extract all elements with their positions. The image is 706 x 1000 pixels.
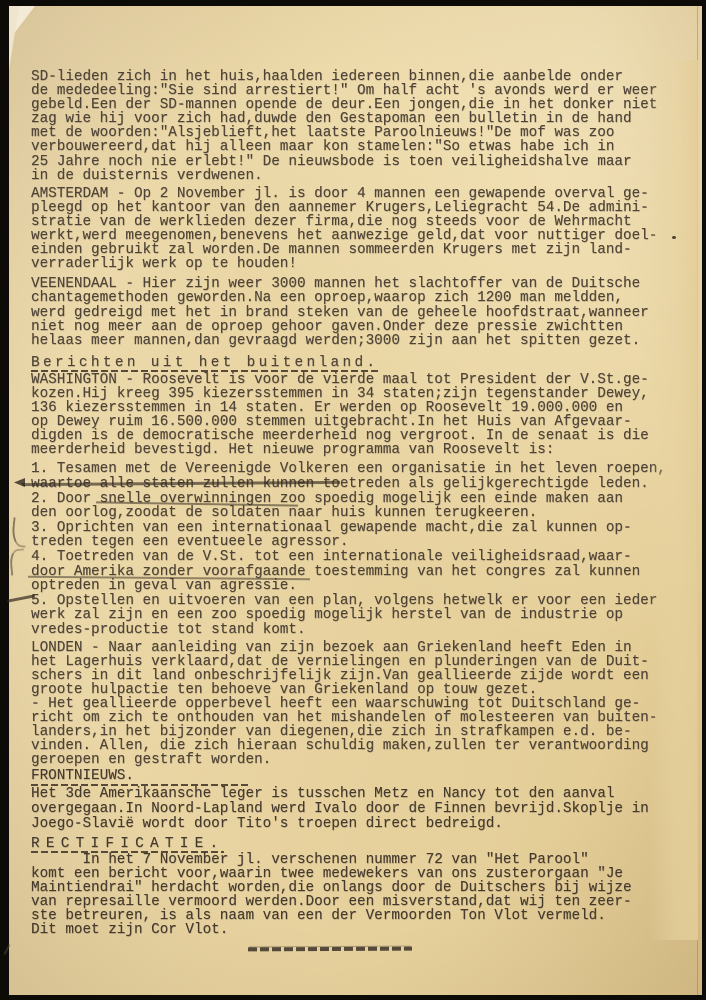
text-line: 1. Tesamen met de Vereenigde Volkeren ee… (31, 462, 691, 477)
amsterdam: AMSTERDAM - Op 2 November jl. is door 4 … (31, 187, 691, 272)
text-line: AMSTERDAM - Op 2 November jl. is door 4 … (31, 187, 691, 201)
text-line: werkt,werd meegenomen,benevens het aanwe… (31, 229, 691, 243)
text-line: door Amerika zonder voorafgaande toestem… (31, 565, 691, 580)
rectificatie-heading-text: RECTIFICATIE. (31, 837, 224, 852)
typed-divider (248, 947, 412, 952)
text-line: Dit moet zijn Cor Vlot. (31, 923, 691, 937)
veenendaal: VEENENDAAL - Hier zijn weer 3000 mannen … (31, 277, 691, 347)
program: 1. Tesamen met de Vereenigde Volkeren ee… (31, 462, 691, 637)
text-line: In het 7 November jl. verschenen nummer … (31, 853, 691, 867)
text-line: werk zal zijn en een zoo spoedig mogelij… (31, 608, 691, 623)
text-line: geroepen en gestraft worden. (31, 753, 691, 767)
rectificatie: In het 7 November jl. verschenen nummer … (31, 853, 691, 938)
text-line: stratie van de werklieden dezer firma,di… (31, 215, 691, 229)
rectificatie-heading: RECTIFICATIE. (31, 837, 691, 851)
text-line: richt om zich te onthouden van het misha… (31, 711, 691, 725)
text-line: van represaille vermoord werden.Door een… (31, 895, 691, 909)
text-line: het Lagerhuis verklaard,dat de vernielin… (31, 655, 691, 669)
londen: LONDEN - Naar aanleiding van zijn bezoek… (31, 641, 691, 697)
text-line: verraderlijk werk op te houden! (31, 257, 691, 271)
text-line: verbouwereerd,dat hij alleen maar kon st… (31, 140, 691, 154)
text-line: waartoe alle staten zullen kunnen toetre… (31, 477, 691, 492)
buitenland-heading: Berichten uit het buitenland. (31, 356, 691, 370)
text-line: vredes-productie tot stand komt. (31, 623, 691, 638)
text-line: pleegd op het kantoor van den aannemer K… (31, 201, 691, 215)
text-line: treden tegen een eventueele agressor. (31, 535, 691, 550)
text-line: LONDEN - Naar aanleiding van zijn bezoek… (31, 641, 691, 655)
buitenland-heading-text: Berichten uit het buitenland. (31, 356, 378, 371)
document-text: SD-lieden zich in het huis,haalden ieder… (31, 70, 691, 951)
washington: WASHINGTON - Roosevelt is voor de vierde… (31, 373, 691, 458)
paper-edge-crease (697, 6, 698, 995)
text-line: - Het geallieerde opperbevel heeft een w… (31, 697, 691, 711)
text-line: den oorlog,zoodat de soldaten naar huis … (31, 506, 691, 521)
text-line: meerderheid bevestigd. Het nieuwe progra… (31, 443, 691, 457)
text-line: 25 Jahre noch nie erlebt!" De nieuwsbode… (31, 155, 691, 169)
allied: - Het geallieerde opperbevel heeft een w… (31, 697, 691, 767)
intro: SD-lieden zich in het huis,haalden ieder… (31, 70, 691, 183)
text-line: ste betreuren, is als naam van een der V… (31, 909, 691, 923)
frontnieuws-heading-text: FRONTNIEUWS. (31, 769, 249, 784)
text-line: Het 3de Amerikaansche leger is tusschen … (31, 787, 691, 802)
text-line: SD-lieden zich in het huis,haalden ieder… (31, 70, 691, 84)
text-line: overgegaan.In Noord-Lapland werd Ivalo d… (31, 802, 691, 817)
text-line: optreden in geval van agressie. (31, 579, 691, 594)
text-line: niet nog meer aan de oproep gehoor gaven… (31, 320, 691, 334)
text-line: Maintiendrai" herdacht worden,die onlang… (31, 881, 691, 895)
text-line: 4. Toetreden van de V.St. tot een intern… (31, 550, 691, 565)
scanned-document: SD-lieden zich in het huis,haalden ieder… (0, 0, 706, 1000)
text-line: helaas meer mannen,dan gevraagd werden;3… (31, 334, 691, 348)
text-line: schers in dit land onbeschrijfelijk zijn… (31, 669, 691, 683)
text-line: WASHINGTON - Roosevelt is voor de vierde… (31, 373, 691, 387)
text-line: werd gedreigd met het in brand steken va… (31, 306, 691, 320)
text-line: chantagemethoden geworden.Na een oproep,… (31, 291, 691, 305)
text-line: groote hulpactie ten behoeve van Grieken… (31, 683, 691, 697)
frontnieuws-heading: FRONTNIEUWS. (31, 769, 691, 783)
text-line: kozen.Hij kreeg 395 kiezersstemmen in 34… (31, 387, 691, 401)
text-line: in de duisternis verdwenen. (31, 169, 691, 183)
frontnieuws: Het 3de Amerikaansche leger is tusschen … (31, 787, 691, 832)
text-line: komt een bericht voor,waarin twee medewe… (31, 867, 691, 881)
text-line: Joego-Slavië wordt door Tito's troepen d… (31, 817, 691, 832)
